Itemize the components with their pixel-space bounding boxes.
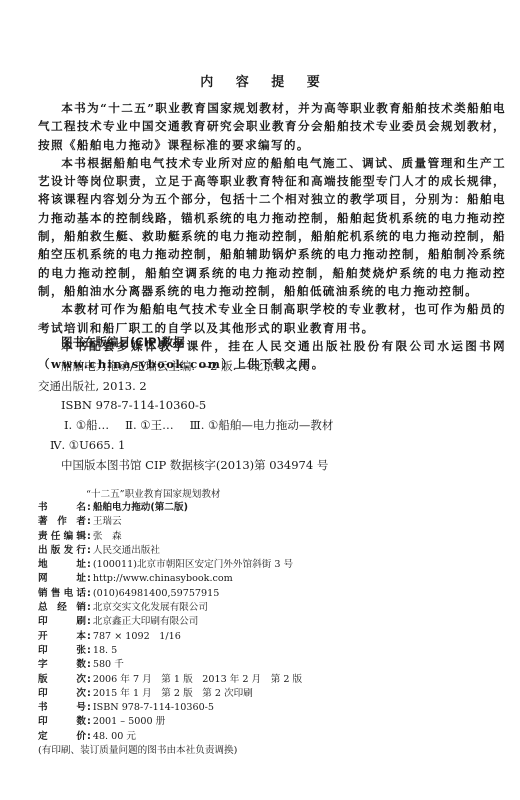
colophon-row: 定价:48. 00 元 (38, 730, 478, 744)
colophon-label: 书名 (38, 501, 86, 515)
colophon-label-char: 印 (38, 644, 48, 658)
colophon-label-char: 次 (76, 673, 86, 687)
abstract-title: 内 容 提 要 (0, 71, 520, 90)
colophon-label-char: 价 (76, 730, 86, 744)
colophon-label-char: 话 (76, 587, 86, 601)
colophon-row: 版次:2006 年 7 月 第 1 版 2013 年 2 月 第 2 版 (38, 673, 478, 687)
colophon-value: (100011)北京市朝阳区安定门外外馆斜街 3 号 (93, 558, 293, 572)
colophon-row: 总经销:北京交实文化发展有限公司 (38, 601, 478, 615)
cip-classification: Ⅰ. ①船…Ⅱ. ①王…Ⅲ. ①船舶—电力拖动—教材 (38, 416, 478, 436)
colophon-label-char: 字 (38, 658, 48, 672)
colophon-label-char: 号 (76, 701, 86, 715)
colophon-label-char: 任 (51, 530, 61, 544)
colophon-row: 书号:ISBN 978-7-114-10360-5 (38, 701, 478, 715)
colophon-label-char: 作 (57, 515, 67, 529)
colophon-label-char: 本 (76, 630, 86, 644)
colophon-value: http://www.chinasybook.com (93, 572, 233, 586)
colophon-label-char: 印 (38, 715, 48, 729)
colophon-row: 书名:船舶电力拖动(第二版) (38, 501, 478, 515)
colophon-colon: : (86, 658, 93, 672)
colophon-label-char: 编 (64, 530, 74, 544)
colophon-value: 人民交通出版社 (93, 544, 160, 558)
abstract-body: 本书为“十二五”职业教育国家规划教材，并为高等职业教育船舶技术类船舶电气工程技术… (38, 99, 506, 373)
colophon-label-char: 张 (76, 644, 86, 658)
colophon-colon: : (86, 715, 93, 729)
colophon-value: 北京交实文化发展有限公司 (93, 601, 208, 615)
colophon-value: 张 森 (93, 530, 122, 544)
colophon-label-char: 印 (38, 615, 48, 629)
cip-isbn: ISBN 978-7-114-10360-5 (38, 396, 478, 416)
colophon-label: 印次 (38, 687, 86, 701)
colophon-colon: : (86, 530, 93, 544)
colophon-colon: : (86, 701, 93, 715)
cip-class-1: Ⅰ. ①船… (64, 418, 109, 432)
colophon-row: 责任编辑:张 森 (38, 530, 478, 544)
colophon-label-char: 销 (38, 587, 48, 601)
colophon-row: 出版发行:人民交通出版社 (38, 544, 478, 558)
colophon: 书名:船舶电力拖动(第二版)著作者:王瑞云责任编辑:张 森出版发行:人民交通出版… (38, 501, 478, 758)
colophon-row: 印刷:北京鑫正大印刷有限公司 (38, 615, 478, 629)
colophon-label: 定价 (38, 730, 86, 744)
colophon-colon: : (86, 687, 93, 701)
colophon-label-char: 著 (38, 515, 48, 529)
colophon-label-char: 版 (51, 544, 61, 558)
cip-publisher-line: 交通出版社, 2013. 2 (38, 377, 478, 397)
colophon-label-char: 地 (38, 558, 48, 572)
colophon-label-char: 者 (76, 515, 86, 529)
colophon-label: 印刷 (38, 615, 86, 629)
colophon-label: 责任编辑 (38, 530, 86, 544)
colophon-label-char: 址 (76, 572, 86, 586)
colophon-label-char: 辑 (76, 530, 86, 544)
colophon-label: 开本 (38, 630, 86, 644)
colophon-row: 印张:18. 5 (38, 644, 478, 658)
colophon-label-char: 行 (76, 544, 86, 558)
colophon-colon: : (86, 572, 93, 586)
colophon-value: 787 × 1092 1/16 (93, 630, 181, 644)
colophon-row: 网址:http://www.chinasybook.com (38, 572, 478, 586)
colophon-colon: : (86, 558, 93, 572)
colophon-colon: : (86, 730, 93, 744)
colophon-label-char: 开 (38, 630, 48, 644)
colophon-value: 48. 00 元 (93, 730, 136, 744)
colophon-colon: : (86, 544, 93, 558)
cip-record-number: 中国版本图书馆 CIP 数据核字(2013)第 034974 号 (38, 456, 478, 476)
colophon-colon: : (86, 515, 93, 529)
colophon-colon: : (86, 673, 93, 687)
colophon-row: 地址:(100011)北京市朝阳区安定门外外馆斜街 3 号 (38, 558, 478, 572)
colophon-label-char: 刷 (76, 615, 86, 629)
colophon-value: 王瑞云 (93, 515, 122, 529)
colophon-label: 地址 (38, 558, 86, 572)
colophon-row: 著作者:王瑞云 (38, 515, 478, 529)
colophon-value: 580 千 (93, 658, 124, 672)
copyright-page: 内 容 提 要 本书为“十二五”职业教育国家规划教材，并为高等职业教育船舶技术类… (0, 0, 520, 800)
colophon-label-char: 出 (38, 544, 48, 558)
colophon-label-char: 名 (76, 501, 86, 515)
colophon-label: 印数 (38, 715, 86, 729)
colophon-label: 版次 (38, 673, 86, 687)
colophon-value: 18. 5 (93, 644, 117, 658)
colophon-label-char: 数 (76, 715, 86, 729)
cip-class-4: Ⅳ. ①U665. 1 (38, 436, 478, 456)
colophon-value: 北京鑫正大印刷有限公司 (93, 615, 199, 629)
colophon-label-char: 电 (64, 587, 74, 601)
colophon-value: ISBN 978-7-114-10360-5 (93, 701, 214, 715)
colophon-label-char: 总 (38, 601, 48, 615)
abstract-paragraph: 本教材可作为船舶电气技术专业全日制高职学校的专业教材，也可作为船员的考试培训和船… (38, 300, 506, 337)
colophon-value: 2001 – 5000 册 (93, 715, 165, 729)
colophon-row: 字数:580 千 (38, 658, 478, 672)
colophon-label-char: 版 (38, 673, 48, 687)
colophon-label-char: 印 (38, 687, 48, 701)
cip-title-line: 船舶电力拖动/王瑞云主编. —2 版. —北京：人民 (38, 357, 478, 377)
colophon-label-char: 数 (76, 658, 86, 672)
colophon-note: (有印刷、装订质量问题的图书由本社负责调换) (38, 744, 478, 758)
colophon-label: 书号 (38, 701, 86, 715)
abstract-paragraph: 本书为“十二五”职业教育国家规划教材，并为高等职业教育船舶技术类船舶电气工程技术… (38, 99, 506, 154)
colophon-value: 2006 年 7 月 第 1 版 2013 年 2 月 第 2 版 (93, 673, 302, 687)
colophon-label-char: 址 (76, 558, 86, 572)
colophon-row: 开本:787 × 1092 1/16 (38, 630, 478, 644)
colophon-row: 印数:2001 – 5000 册 (38, 715, 478, 729)
cip-class-2: Ⅱ. ①王… (125, 418, 173, 432)
colophon-label: 销售电话 (38, 587, 86, 601)
colophon-colon: : (86, 587, 93, 601)
colophon-row: 印次:2015 年 1 月 第 2 版 第 2 次印刷 (38, 687, 478, 701)
colophon-label-char: 网 (38, 572, 48, 586)
colophon-label: 字数 (38, 658, 86, 672)
colophon-label: 著作者 (38, 515, 86, 529)
colophon-label-char: 发 (64, 544, 74, 558)
colophon-label-char: 责 (38, 530, 48, 544)
colophon-label: 总经销 (38, 601, 86, 615)
colophon-colon: : (86, 644, 93, 658)
colophon-label-char: 销 (76, 601, 86, 615)
series-name: “十二五”职业教育国家规划教材 (86, 486, 221, 500)
colophon-colon: : (86, 601, 93, 615)
colophon-colon: : (86, 501, 93, 515)
colophon-label-char: 经 (57, 601, 67, 615)
colophon-value: 船舶电力拖动(第二版) (93, 501, 188, 515)
colophon-label-char: 定 (38, 730, 48, 744)
colophon-label-char: 次 (76, 687, 86, 701)
colophon-colon: : (86, 630, 93, 644)
colophon-value: (010)64981400,59757915 (93, 587, 220, 601)
colophon-value: 2015 年 1 月 第 2 版 第 2 次印刷 (93, 687, 253, 701)
colophon-label: 印张 (38, 644, 86, 658)
colophon-label-char: 售 (51, 587, 61, 601)
colophon-colon: : (86, 615, 93, 629)
colophon-label-char: 书 (38, 701, 48, 715)
colophon-label: 网址 (38, 572, 86, 586)
cip-heading: 图书在版编目(CIP)数据 (61, 334, 185, 350)
abstract-paragraph: 本书根据船舶电气技术专业所对应的船舶电气施工、调试、质量管理和生产工艺设计等岗位… (38, 154, 506, 300)
colophon-label-char: 书 (38, 501, 48, 515)
cip-class-3: Ⅲ. ①船舶—电力拖动—教材 (190, 418, 334, 432)
colophon-label: 出版发行 (38, 544, 86, 558)
colophon-row: 销售电话:(010)64981400,59757915 (38, 587, 478, 601)
cip-data: 船舶电力拖动/王瑞云主编. —2 版. —北京：人民 交通出版社, 2013. … (38, 357, 478, 475)
